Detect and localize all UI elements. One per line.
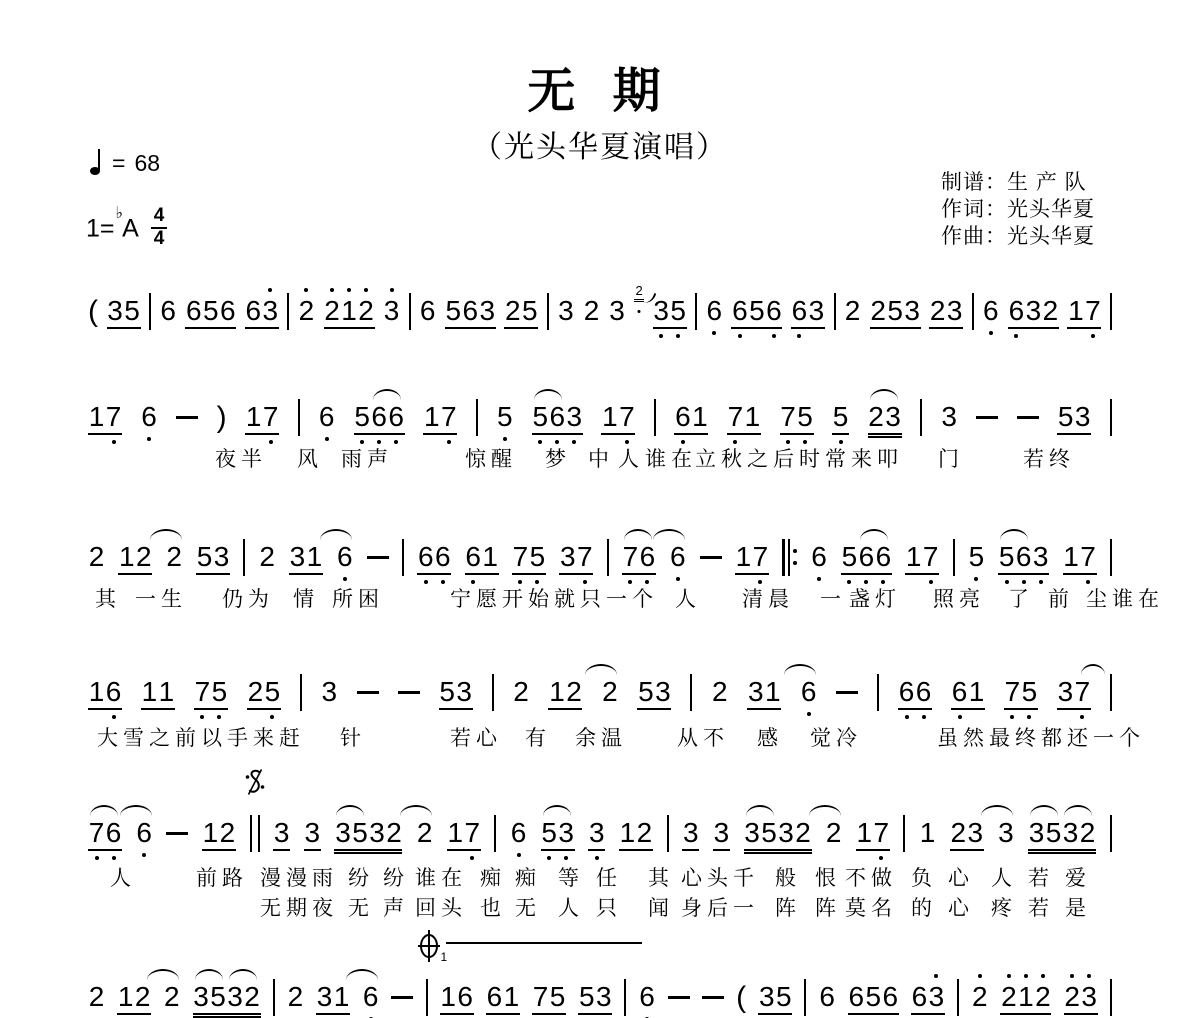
lyric-text: 前 — [1048, 583, 1074, 613]
note-digit: 5 — [532, 402, 549, 432]
note-digit: 3 — [1062, 818, 1079, 848]
octave-dot-below — [325, 437, 329, 441]
note-digit: 5 — [496, 402, 513, 432]
note-group: 656 — [185, 296, 236, 329]
note-digit: 3 — [289, 542, 306, 572]
note-digit: 7 — [727, 402, 744, 432]
note-group: 6 — [510, 818, 527, 848]
octave-dot-below — [112, 856, 116, 860]
note-digit: 5 — [541, 818, 558, 848]
note-digit: 3 — [904, 296, 921, 326]
note-digit: 3 — [566, 402, 583, 432]
note-digit: 6 — [388, 402, 405, 432]
barline — [492, 674, 494, 711]
note-digit: 3 — [758, 982, 775, 1012]
lyric-text: 惊醒 — [465, 443, 517, 473]
note-digit: 6 — [898, 677, 915, 707]
note-digit: 2 — [1000, 982, 1017, 1012]
note-group: 3532 — [1028, 818, 1096, 854]
note-group: 25 — [247, 677, 281, 710]
note-digit: 1 — [440, 982, 457, 1012]
note-digit: 1 — [333, 982, 350, 1012]
note-digit: 1 — [968, 677, 985, 707]
note-group: 563 — [445, 296, 496, 329]
note-group: 632 — [1008, 296, 1059, 329]
slur-arc — [870, 389, 898, 400]
system-line-5: 7661233353221765331233353221712333532 — [88, 818, 1112, 854]
note-group: 25 — [504, 296, 538, 329]
dash-line — [391, 996, 413, 999]
octave-dot-below — [712, 331, 716, 335]
octave-dot-below — [547, 856, 551, 860]
note-digit: 2 — [795, 818, 812, 848]
lyric-text: 门 — [938, 443, 964, 473]
note-digit: 1 — [88, 402, 105, 432]
note-digit: 7 — [262, 402, 279, 432]
note-digit: 3 — [1081, 982, 1098, 1012]
note-digit: 2 — [416, 818, 433, 848]
note-digit: 3 — [1028, 818, 1045, 848]
barline — [834, 293, 836, 330]
note-group: 23 — [950, 818, 984, 851]
note-digit: 3 — [928, 982, 945, 1012]
note-digit: 3 — [107, 296, 124, 326]
note-group: 2 — [844, 296, 861, 326]
note-digit: 1 — [601, 402, 618, 432]
note-digit: 2 — [1064, 982, 1081, 1012]
note-digit: 3 — [1032, 542, 1049, 572]
note-digit: 2 — [950, 818, 967, 848]
note-group: 31 — [316, 982, 350, 1015]
note-group: 3 — [321, 677, 338, 707]
octave-dot-below — [200, 715, 204, 719]
note-digit: 6 — [219, 296, 236, 326]
lyric-text: 等 — [558, 862, 584, 892]
octave-dot-below — [879, 856, 883, 860]
note-group: 2 — [601, 677, 618, 707]
note-group: 53 — [541, 818, 575, 851]
close-paren: ) — [217, 402, 227, 433]
lyric-text: 一生 — [135, 583, 187, 613]
slur-arc — [195, 969, 223, 980]
lyric-text: 纷 — [383, 862, 409, 892]
octave-dot-below — [270, 715, 274, 719]
note-group: 17 — [447, 818, 481, 851]
note-group: 75 — [194, 677, 228, 710]
octave-dot-below — [564, 856, 568, 860]
note-digit: 2 — [504, 296, 521, 326]
note-digit: 7 — [780, 402, 797, 432]
note-digit: 2 — [565, 677, 582, 707]
note-digit: 1 — [735, 542, 752, 572]
note-digit: 1 — [919, 818, 936, 848]
note-digit: 2 — [636, 818, 653, 848]
note-group: 12 — [548, 677, 582, 710]
dash-line — [166, 832, 188, 835]
note-digit: 1 — [245, 402, 262, 432]
lyric-text: 无 — [348, 892, 374, 922]
note-group: 253 — [870, 296, 921, 329]
note-digit: 5 — [439, 677, 456, 707]
octave-dot-below — [269, 440, 273, 444]
note-group: 3532 — [744, 818, 812, 854]
note-digit: 3 — [885, 402, 902, 432]
note-group: 53 — [637, 677, 671, 710]
note-group: 17 — [245, 402, 279, 435]
lyric-text: 觉冷 — [810, 722, 862, 752]
note-digit: 3 — [653, 296, 670, 326]
octave-dot-below — [112, 440, 116, 444]
lyric-text: 人 — [675, 583, 701, 613]
slur-arc — [373, 389, 401, 400]
note-digit: 5 — [578, 982, 595, 1012]
octave-dot-below — [95, 856, 99, 860]
system-line-4: 16117525353212253231666617537 — [88, 677, 1112, 711]
note-digit: 6 — [336, 542, 353, 572]
note-digit: 2 — [287, 982, 304, 1012]
note-digit: 5 — [761, 818, 778, 848]
note-group: 16 — [88, 677, 122, 710]
octave-dot-below — [1014, 334, 1018, 338]
lyric-text: 风 — [297, 443, 323, 473]
segno-icon — [245, 768, 265, 801]
note-digit: 1 — [764, 677, 781, 707]
note-group: 6 — [982, 296, 999, 326]
barline — [494, 815, 496, 852]
note-digit: 6 — [185, 296, 202, 326]
note-digit: 5 — [832, 402, 849, 432]
lyric-text: 盏灯 — [849, 583, 901, 613]
note-digit: 7 — [622, 542, 639, 572]
note-digit: 6 — [371, 402, 388, 432]
repeat-begin-barline — [782, 539, 797, 576]
barline — [300, 674, 302, 711]
octave-dot-below — [1010, 715, 1014, 719]
note-digit: 2 — [134, 982, 151, 1012]
note-group: 5 — [496, 402, 513, 432]
octave-dot-below — [1091, 334, 1095, 338]
note-group: 75 — [1004, 677, 1038, 710]
note-digit: 7 — [464, 818, 481, 848]
octave-dot-below — [142, 853, 146, 857]
note-digit: 5 — [211, 677, 228, 707]
barline — [903, 815, 905, 852]
barline — [409, 293, 411, 330]
note-group: 12 — [118, 542, 152, 575]
dash-line — [976, 416, 998, 419]
note-digit: 1 — [503, 982, 520, 1012]
note-digit: 6 — [982, 296, 999, 326]
octave-dot-below — [676, 334, 680, 338]
note-digit: 2 — [870, 296, 887, 326]
lyric-text: 也 — [480, 892, 506, 922]
lyric-text: 阵 — [815, 892, 841, 922]
note-group: 566 — [354, 402, 405, 435]
note-digit: 3 — [273, 818, 290, 848]
note-digit: 3 — [193, 982, 210, 1012]
lyric-text: 感 — [757, 722, 783, 752]
note-group: 6 — [362, 982, 379, 1012]
note-digit: 5 — [887, 296, 904, 326]
note-group: 37 — [1057, 677, 1091, 710]
note-digit: 6 — [417, 542, 434, 572]
lyric-text: 身后一 — [681, 892, 759, 922]
note-digit: 6 — [419, 296, 436, 326]
note-group: 17 — [856, 818, 890, 851]
lyric-text: 的 — [911, 892, 937, 922]
note-group: 53 — [439, 677, 473, 710]
note-digit: 3 — [321, 677, 338, 707]
note-digit: 2 — [358, 296, 375, 326]
note-digit: 5 — [797, 402, 814, 432]
note-digit: 2 — [929, 296, 946, 326]
note-group: 2 — [971, 982, 988, 1012]
barline — [273, 979, 275, 1016]
note-group: 61 — [486, 982, 520, 1015]
lyric-text: 中 — [588, 443, 614, 473]
octave-dot-below — [503, 437, 507, 441]
lyric-text: 声 — [383, 892, 409, 922]
note-digit: 1 — [691, 402, 708, 432]
lyric-text: 夜半 — [215, 443, 267, 473]
note-digit: 1 — [202, 818, 219, 848]
note-digit: 5 — [998, 542, 1015, 572]
barline — [1110, 293, 1112, 330]
lyric-text: 不做 — [845, 862, 897, 892]
octave-dot-above — [1087, 974, 1091, 978]
coda-icon — [417, 928, 443, 964]
barline — [287, 293, 289, 330]
octave-dot-below — [989, 331, 993, 335]
lyric-text: 宁愿开始就只一个 — [450, 583, 658, 613]
note-digit: 7 — [1074, 677, 1091, 707]
lyric-text: 谁在 — [415, 862, 467, 892]
note-digit: 6 — [731, 296, 748, 326]
note-group: 23 — [868, 402, 902, 438]
barline — [547, 293, 549, 330]
note-digit: 1 — [856, 818, 873, 848]
note-digit: 7 — [105, 402, 122, 432]
note-digit: 6 — [882, 982, 899, 1012]
note-group: 12 — [202, 818, 236, 851]
note-digit: 6 — [848, 982, 865, 1012]
note-digit: 3 — [941, 402, 958, 432]
note-group: 35 — [107, 296, 141, 329]
note-digit: 2 — [163, 982, 180, 1012]
note-group: 6 — [669, 542, 686, 572]
lyric-text: 无 — [515, 892, 541, 922]
note-digit: 3 — [682, 818, 699, 848]
lyric-text: 仍为 — [222, 583, 274, 613]
note-digit: 1 — [341, 296, 358, 326]
barline — [243, 539, 245, 576]
lyric-text: 若终 — [1023, 443, 1075, 473]
lyric-text: 若心 — [450, 722, 502, 752]
octave-dot-above — [330, 288, 334, 292]
note-digit: 6 — [811, 542, 828, 572]
lyric-text: 痴 — [480, 862, 506, 892]
note-group: 2 — [583, 296, 600, 326]
note-group: 6 — [819, 982, 836, 1012]
note-digit: 6 — [136, 818, 153, 848]
note-group: 2 — [513, 677, 530, 707]
octave-dot-below — [817, 577, 821, 581]
note-group: 66 — [417, 542, 451, 575]
lyric-text: 漫漫雨 — [260, 862, 338, 892]
note-group: 31 — [289, 542, 323, 575]
lyric-text: 爱 — [1065, 862, 1091, 892]
octave-dot-below — [676, 577, 680, 581]
octave-dot-below — [394, 440, 398, 444]
note-digit: 6 — [462, 296, 479, 326]
note-group: 2 — [416, 818, 433, 848]
note-group: 2 — [163, 982, 180, 1012]
lyric-text: 人 — [558, 892, 584, 922]
lyric-text: 其 — [95, 583, 121, 613]
slur-arc — [336, 805, 364, 816]
note-group: 17 — [1063, 542, 1097, 575]
lyric-text: 了 — [1008, 583, 1034, 613]
octave-dot-below — [958, 715, 962, 719]
lyric-text: 其 — [648, 862, 674, 892]
slur-arc — [1030, 805, 1058, 816]
note-digit: 6 — [706, 296, 723, 326]
note-digit: 5 — [865, 982, 882, 1012]
octave-dot-above — [268, 288, 272, 292]
octave-dot-below — [470, 856, 474, 860]
note-digit: 3 — [588, 818, 605, 848]
slur-arc — [624, 529, 652, 540]
lyric-text: 谁在 — [1112, 583, 1164, 613]
lyric-text: 莫名 — [845, 892, 897, 922]
note-group: 61 — [951, 677, 985, 710]
octave-dot-below — [538, 440, 542, 444]
slur-arc — [746, 805, 774, 816]
octave-dot-above — [347, 288, 351, 292]
note-group: 75 — [512, 542, 546, 575]
note-digit: 7 — [873, 818, 890, 848]
volta-line — [446, 942, 642, 944]
note-group: 75 — [532, 982, 566, 1015]
octave-dot-below — [343, 577, 347, 581]
note-group: 61 — [465, 542, 499, 575]
note-digit: 1 — [306, 542, 323, 572]
note-group: 75 — [780, 402, 814, 435]
octave-dot-below — [905, 715, 909, 719]
slur-arc — [1000, 529, 1028, 540]
note-digit: 7 — [576, 542, 593, 572]
note-group: 16 — [440, 982, 474, 1015]
lyric-text: 从不 — [677, 722, 729, 752]
note-digit: 5 — [521, 296, 538, 326]
note-group: 3 — [383, 296, 400, 326]
note-digit: 6 — [639, 542, 656, 572]
note-digit: 2 — [844, 296, 861, 326]
octave-dot-below — [447, 440, 451, 444]
note-digit: 2 — [324, 296, 341, 326]
note-digit: 3 — [747, 677, 764, 707]
note-digit: 5 — [529, 542, 546, 572]
note-digit: 5 — [354, 402, 371, 432]
note-digit: 6 — [875, 542, 892, 572]
note-digit: 6 — [160, 296, 177, 326]
lyric-text: 痴 — [515, 862, 541, 892]
note-digit: 1 — [619, 818, 636, 848]
note-digit: 2 — [583, 296, 600, 326]
note-digit: 5 — [202, 296, 219, 326]
open-paren: ( — [88, 296, 98, 327]
note-digit: 6 — [911, 982, 928, 1012]
lyric-text: 心 — [948, 862, 974, 892]
note-group: 3 — [588, 818, 605, 851]
lyric-text: 雨声 — [341, 443, 393, 473]
octave-dot-below — [217, 715, 221, 719]
octave-dot-above — [1024, 974, 1028, 978]
barline — [402, 539, 404, 576]
note-digit: 6 — [141, 402, 158, 432]
note-digit: 2 — [868, 402, 885, 432]
lyric-text: 若 — [1028, 862, 1054, 892]
octave-dot-below — [424, 580, 428, 584]
note-digit: 2 — [88, 542, 105, 572]
slur-arc — [1064, 805, 1092, 816]
note-group: 2 — [287, 982, 304, 1012]
lyric-text: 阵 — [775, 892, 801, 922]
note-group: 76 — [88, 818, 122, 851]
note-group: 2 — [711, 677, 728, 707]
note-digit: 3 — [1074, 402, 1091, 432]
note-digit: 5 — [637, 677, 654, 707]
note-group: 17 — [905, 542, 939, 575]
note-digit: 2 — [1034, 982, 1051, 1012]
barline — [624, 979, 626, 1016]
note-digit: 1 — [1063, 542, 1080, 572]
note-digit: 5 — [351, 818, 368, 848]
lyric-text: 一 — [820, 583, 846, 613]
lyric-text: 疼 — [991, 892, 1017, 922]
note-digit: 3 — [456, 677, 473, 707]
lyric-text: 纷 — [348, 862, 374, 892]
note-digit: 3 — [479, 296, 496, 326]
note-digit: 3 — [1057, 677, 1074, 707]
note-digit: 3 — [559, 542, 576, 572]
note-digit: 5 — [1045, 818, 1062, 848]
note-group: 5 — [832, 402, 849, 435]
note-group: 63 — [911, 982, 945, 1015]
system-line-2: 176)17656617556317617175523353 — [88, 402, 1112, 438]
octave-dot-above — [978, 974, 982, 978]
note-group: 61 — [674, 402, 708, 435]
note-group: 63 — [791, 296, 825, 329]
lyric-text: 照亮 — [933, 583, 985, 613]
note-digit: 6 — [639, 982, 656, 1012]
note-digit: 7 — [532, 982, 549, 1012]
note-digit: 7 — [1004, 677, 1021, 707]
note-group: 3532 — [334, 818, 402, 854]
note-digit: 6 — [105, 677, 122, 707]
lyric-text: 有 — [525, 722, 551, 752]
note-digit: 3 — [946, 296, 963, 326]
barline — [149, 293, 151, 330]
note-digit: 1 — [1067, 296, 1084, 326]
note-digit: 6 — [791, 296, 808, 326]
note-group: 3 — [557, 296, 574, 326]
coda-volta-bracket: 1 — [417, 928, 652, 970]
note-group: 3 — [609, 296, 626, 326]
note-digit: 6 — [951, 677, 968, 707]
octave-dot-below — [112, 715, 116, 719]
note-group: 23 — [929, 296, 963, 329]
